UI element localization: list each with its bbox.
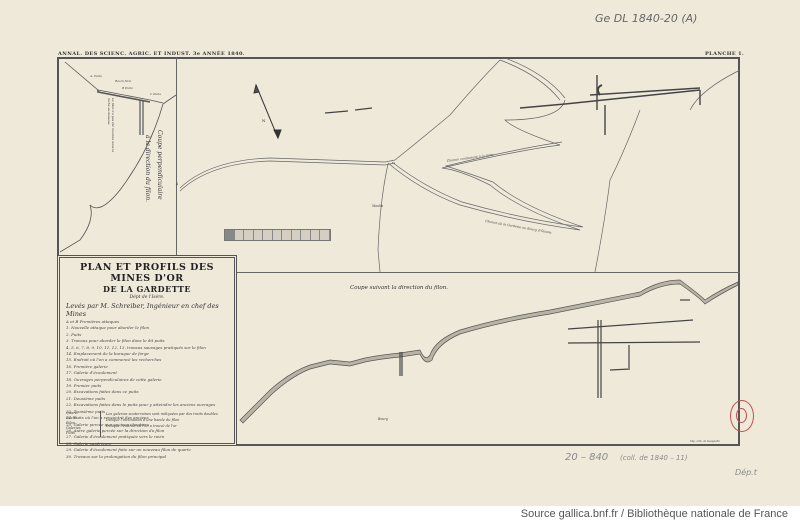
- legend-author: Levés par M. Schreiber, Ingénieur en che…: [66, 302, 228, 318]
- svg-text:roche au-dessous: roche au-dessous: [107, 98, 111, 125]
- svg-text:Moulin: Moulin: [371, 204, 383, 208]
- key-note: Indique l'endroit où l'on a trouvé de l'…: [106, 423, 230, 429]
- svg-text:Bourg: Bourg: [377, 417, 388, 421]
- legend-key: Quartz Roche Filon Galeries Puits Les ga…: [66, 411, 230, 437]
- legend-items-list: A et B Premières attaques 1. Nouvelle at…: [66, 319, 228, 460]
- svg-text:à la direction du filon.: à la direction du filon.: [144, 135, 151, 202]
- section-label: Coupe suivant la direction du filon.: [350, 285, 448, 291]
- pencil-note-1: 20 – 840: [565, 452, 608, 463]
- legend-item: 30. Travaux sur la prolongation du filon…: [66, 454, 228, 460]
- legend-title-1: PLAN ET PROFILS DES MINES D'OR: [66, 262, 228, 284]
- svg-text:Ravin filon: Ravin filon: [114, 79, 131, 83]
- legend-cartouche: PLAN ET PROFILS DES MINES D'OR DE LA GAR…: [57, 255, 237, 446]
- key-entry: Puits: [66, 431, 96, 436]
- svg-text:Imp. Lith. de Kaeppelin: Imp. Lith. de Kaeppelin: [689, 440, 720, 443]
- svg-text:Chemin de la Gardette au Bourg: Chemin de la Gardette au Bourg d'Oisans: [485, 219, 552, 235]
- svg-text:A. Puits: A. Puits: [89, 74, 102, 78]
- stamp-emblem-icon: [736, 408, 747, 423]
- source-credit: Source gallica.bnf.fr / Bibliothèque nat…: [521, 508, 788, 520]
- source-footer: Source gallica.bnf.fr / Bibliothèque nat…: [0, 506, 800, 524]
- svg-text:C Puits: C Puits: [150, 92, 161, 96]
- scale-bar: [224, 229, 331, 241]
- library-stamp: [730, 400, 754, 432]
- pencil-note-3: Dép.t: [735, 468, 757, 477]
- svg-text:B Puits: B Puits: [121, 86, 133, 90]
- pencil-note-2: (coll. de 1840 – 11): [620, 454, 688, 462]
- svg-text:N: N: [262, 118, 266, 123]
- legend-title-2: DE LA GARDETTE: [66, 284, 228, 295]
- svg-text:Coupe perpendiculaire: Coupe perpendiculaire: [156, 130, 163, 200]
- legend-item: 22. Excavations faites dans le puits pou…: [66, 402, 228, 408]
- map-sheet: Ge DL 1840-20 (A) ANNAL. DES SCIENC. AGR…: [0, 0, 800, 506]
- legend-subtitle: Dépt de l'Isère.: [66, 295, 228, 300]
- svg-text:A: A: [175, 182, 179, 186]
